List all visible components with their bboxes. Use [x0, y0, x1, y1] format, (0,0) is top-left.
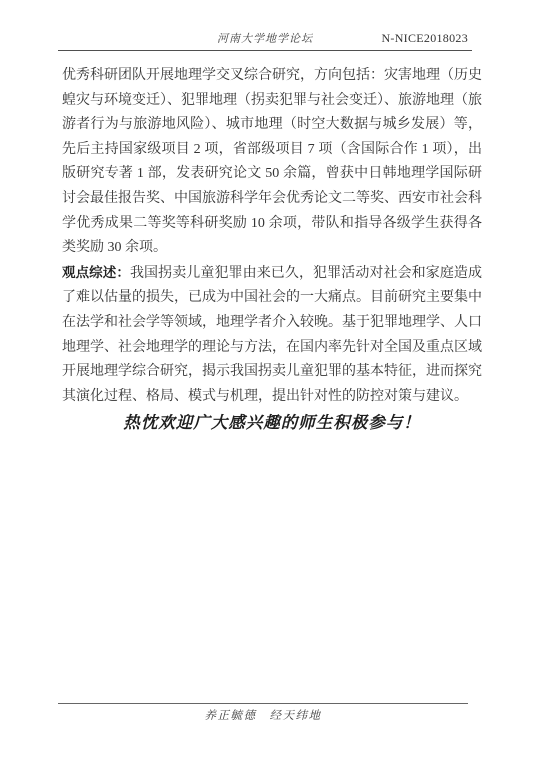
document-body: 优秀科研团队开展地理学交叉综合研究，方向包括：灾害地理（历史蝗灾与环境变迁）、犯…	[62, 64, 482, 436]
doc-number: N-NICE2018023	[381, 31, 468, 46]
motto-right-phrase: 经天纬地	[270, 710, 322, 722]
paragraph-research-team: 优秀科研团队开展地理学交叉综合研究，方向包括：灾害地理（历史蝗灾与环境变迁）、犯…	[62, 64, 482, 261]
viewpoint-summary-label: 观点综述：	[62, 265, 130, 280]
page-footer: 养正毓德经天纬地	[58, 703, 468, 723]
viewpoint-summary-text: 我国拐卖儿童犯罪由来已久，犯罪活动对社会和家庭造成了难以估量的损失，已成为中国社…	[62, 266, 482, 404]
footer-motto: 养正毓德经天纬地	[58, 707, 468, 723]
document-page: 河南大学地学论坛 N-NICE2018023 优秀科研团队开展地理学交叉综合研究…	[0, 0, 543, 768]
page-header: 河南大学地学论坛 N-NICE2018023	[58, 0, 472, 51]
motto-left-phrase: 养正毓德	[205, 710, 257, 722]
welcome-calligraphy-line: 热忱欢迎广大感兴趣的师生积极参与！	[62, 411, 482, 436]
paragraph-viewpoint-summary: 观点综述：我国拐卖儿童犯罪由来已久，犯罪活动对社会和家庭造成了难以估量的损失，已…	[62, 261, 482, 410]
